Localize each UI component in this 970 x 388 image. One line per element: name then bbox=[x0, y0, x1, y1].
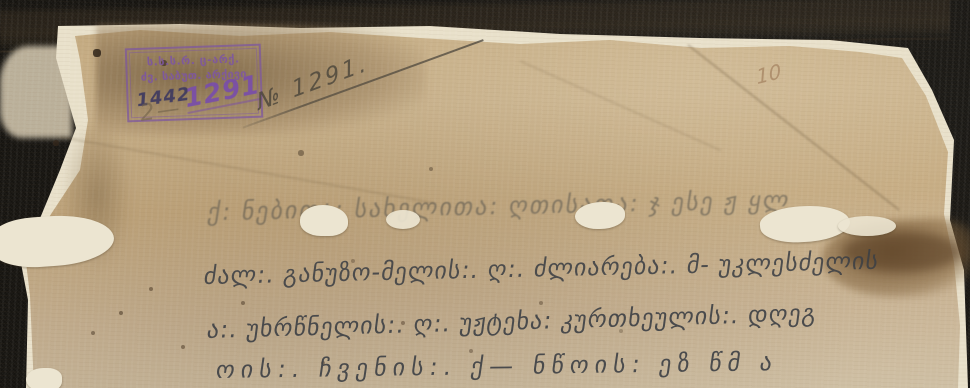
ink-specks bbox=[0, 0, 2, 2]
manuscript-photo: ქ: ნებითა: სახელითა: ღთისათა: ჯ ესე ჟ ყლ… bbox=[0, 0, 970, 388]
